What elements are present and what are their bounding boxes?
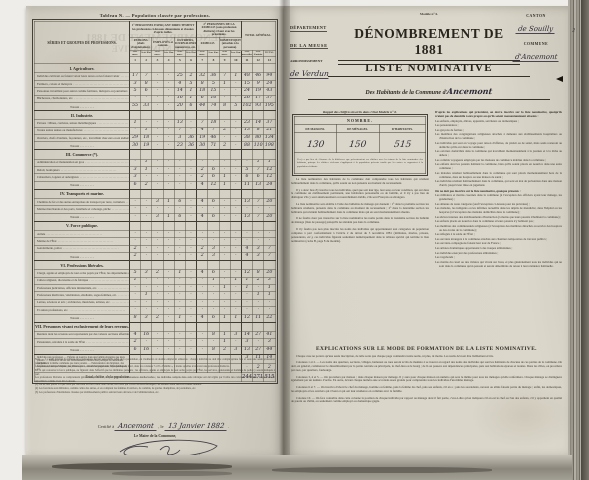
handwritten-value: · [152,245,163,252]
handwritten-value: 7 [253,166,264,173]
empty-cell [230,64,241,73]
empty-cell [219,111,230,120]
handwritten-value: 8 [141,80,152,87]
row-label: Clergé, agents et employés de tout ordre… [35,270,130,277]
include-item: Les individus résidant habituellement da… [435,180,562,188]
empty-cell [130,189,141,198]
handwritten-value: · [241,299,252,306]
handwritten-value: · [152,174,163,181]
certify-date-handwritten: 13 Janvier 1882 [164,422,227,431]
handwritten-value: 80 [253,134,264,141]
handwritten-total: 198 [264,142,275,150]
handwritten-value: 4 [130,331,141,338]
canton-handwritten: de Souilly [516,25,556,34]
handwritten-value: · [230,238,241,245]
handwritten-value: · [208,285,219,292]
empty-cell [219,189,230,198]
handwritten-value: · [141,230,152,237]
empty-cell [152,221,163,230]
empty-cell [230,189,241,198]
handwritten-value: · [163,331,174,338]
exclude-item: Les marins du canal ou des rivières qui … [435,261,562,269]
left-page: DÉNOMBREMENT DE 1881 LISTE NOMINATIVE Ta… [26,6,284,458]
handwritten-total: 19 [141,142,152,150]
handwritten-value: 16 [174,95,185,102]
empty-cell [152,111,163,120]
section-title: I. Agriculture. [35,64,130,73]
handwritten-value: · [230,198,241,205]
handwritten-value: · [174,159,185,166]
handwritten-total: 6 [208,213,219,221]
empty-cell [197,64,208,73]
exclude-list: Les militaires et marins casernés dans l… [435,194,562,268]
canton-label: CANTON [506,14,566,18]
empty-cell [197,150,208,159]
handwritten-value: · [130,299,141,306]
handwritten-total: 2 [141,181,152,189]
empty-cell [130,64,141,73]
handwritten-value: 14 [253,120,264,127]
empty-cell [197,322,208,331]
handwritten-value: 46 [253,73,264,80]
handwritten-total: 23 [174,142,185,150]
handwritten-value: · [253,307,264,314]
row-label: Détail, boutiquiers [35,166,130,173]
include-item: Les ouvriers domiciliés dans la commune … [435,150,562,158]
handwritten-value: · [130,238,141,245]
empty-cell [241,111,252,120]
handwritten-total: · [152,181,163,189]
handwritten-total: 22 [264,314,275,322]
handwritten-value: 1 [264,159,275,166]
handwritten-value: · [185,120,196,127]
empty-cell [208,261,219,270]
handwritten-value: 1 [185,88,196,95]
handwritten-value: · [197,277,208,284]
row-label: Armée [35,230,130,237]
empty-cell [264,261,275,270]
empty-cell [185,322,196,331]
section-title: VII. Personnes vivant exclusivement de l… [35,322,130,331]
row-label: Individus cultivant ou faisant valoir le… [35,73,130,80]
column-number: 3 [152,57,163,64]
handwritten-value: · [185,270,196,277]
group2-header: 2° PERSONNES DE LA FAMILLE (sans profess… [197,22,242,38]
handwritten-total: 6 [130,346,141,354]
handwritten-value: · [197,307,208,314]
handwritten-value: 21 [264,127,275,134]
handwritten-value: 18 [141,134,152,141]
handwritten-value: · [152,277,163,284]
handwritten-total: · [185,181,196,189]
subgroup-header: OUVRIERS, JOURNALIERS, manœuvres, etc. [174,38,196,51]
empty-cell [208,64,219,73]
handwritten-value: 6 [197,95,208,102]
empty-cell [253,189,264,198]
handwritten-value: · [253,230,264,237]
certify-place-handwritten: Ancemont [115,422,158,431]
handwritten-total: 27 [253,346,264,354]
handwritten-value: · [141,120,152,127]
handwritten-value: 1 [230,73,241,80]
handwritten-value: · [163,245,174,252]
handwritten-value: 2 [253,277,264,284]
handwritten-value: · [185,206,196,213]
empty-cell [185,64,196,73]
handwritten-total: 36 [185,142,196,150]
subgroup-header: DOMESTIQUES (attachés à la personne). [219,38,241,51]
empty-cell [141,189,152,198]
handwritten-value: · [130,206,141,213]
handwritten-total: 3 [141,314,152,322]
handwritten-value: · [185,277,196,284]
handwritten-total: 5 [230,103,241,111]
section-title: III. Commerce (*). [35,150,130,159]
handwritten-total: 12 [208,181,219,189]
handwritten-total: 3 [253,253,264,261]
empty-cell [253,221,264,230]
handwritten-total: · [197,346,208,354]
handwritten-value: 7 [264,245,275,252]
handwritten-total: 13 [253,181,264,189]
handwritten-value: 4 [174,80,185,87]
handwritten-total: 102 [241,103,252,111]
handwritten-total: · [230,181,241,189]
handwritten-value: 6 [208,166,219,173]
handwritten-total: · [185,314,196,322]
empty-cell [141,221,152,230]
handwritten-value: · [219,245,230,252]
handwritten-value: 3 [241,339,252,346]
handwritten-value: · [163,80,174,87]
handwritten-value: · [241,206,252,213]
handwritten-value: · [185,292,196,299]
footnotes-block: Nota. — Le total général du tableau des … [35,358,275,394]
handwritten-value: · [219,198,230,205]
empty-cell [241,322,252,331]
empty-cell [141,261,152,270]
include-item: Les enfants dont les parents habitent la… [435,163,562,171]
footnote-line: En ce qui concerne la force publique, ne… [35,369,275,376]
handwritten-value: · [208,307,219,314]
handwritten-value: 24 [241,88,252,95]
handwritten-value: 1 [141,292,152,299]
handwritten-value: · [241,307,252,314]
empty-cell [241,221,252,230]
handwritten-value: · [185,299,196,306]
handwritten-total: 3 [152,213,163,221]
handwritten-value: 14 [241,331,252,338]
empty-cell [208,111,219,120]
handwritten-value: · [230,80,241,87]
handwritten-total: 12 [241,314,252,322]
handwritten-value: · [152,299,163,306]
empty-cell [141,322,152,331]
explanation-paragraph: Colonnes 6 et 7. — On inscrira d'abord l… [291,386,562,394]
handwritten-value: · [253,339,264,346]
handwritten-value: 7 [197,120,208,127]
handwritten-value: 3 [152,198,163,205]
handwritten-total: 30 [197,142,208,150]
right-page: DÉPARTEMENT DE LA MEUSE ARRONDISSEMENT d… [284,6,568,458]
handwritten-value: 20 [264,198,275,205]
handwritten-value: · [208,339,219,346]
handwritten-value: · [163,120,174,127]
handwritten-value: · [219,120,230,127]
handwritten-value: · [163,166,174,173]
handwritten-value: 23 [241,120,252,127]
empty-cell [197,261,208,270]
handwritten-value: 5 [208,80,219,87]
handwritten-value: 6 [208,174,219,181]
handwritten-value: · [174,245,185,252]
instructions-column-right: D'après les explications qui précèdent, … [435,110,562,269]
column-number: 13 [264,57,275,64]
handwritten-total: 7 [264,253,275,261]
handwritten-value: · [174,307,185,314]
handwritten-value: 1 [253,159,264,166]
handwritten-value: · [130,285,141,292]
certification-line: Certifié à Ancemont , le 13 Janvier 1882… [56,422,271,431]
handwritten-value: · [241,238,252,245]
handwritten-value: · [197,292,208,299]
empty-cell [174,64,185,73]
handwritten-value: · [163,127,174,134]
handwritten-total: · [230,213,241,221]
handwritten-value: · [163,95,174,102]
tear-shadow [272,467,492,473]
empty-cell [163,150,174,159]
row-label: Gendarmerie, police [35,245,130,252]
handwritten-value: 19 [197,134,208,141]
handwritten-value: 16 [141,331,152,338]
handwritten-total: 7 [253,213,264,221]
handwritten-total: 3 [230,346,241,354]
handwritten-value: · [230,245,241,252]
handwritten-value: · [174,206,185,213]
handwritten-value: · [163,230,174,237]
handwritten-value: · [219,230,230,237]
empty-cell [253,150,264,159]
handwritten-value: 6 [208,270,219,277]
handwritten-value: 29 [130,134,141,141]
handwritten-value: · [152,285,163,292]
scanned-census-spread: DÉNOMBREMENT DE 1881 LISTE NOMINATIVE Ta… [0,0,589,480]
handwritten-value: · [185,339,196,346]
empty-cell [174,189,185,198]
handwritten-total: 30 [130,142,141,150]
handwritten-value: 3 [174,134,185,141]
instruction-paragraph: Il n'y faudra pas non plus inscrire les … [291,228,429,244]
explanations-paragraphs: Chaque case ne portera qu'une seule insc… [291,355,562,405]
handwritten-value: 3 [130,174,141,181]
row-label: Cabaretiers, logeurs et aubergistes [35,174,130,181]
empty-cell [185,221,196,230]
handwritten-value: · [208,230,219,237]
handwritten-value: · [230,292,241,299]
row-label: Bûcherons, charbonniers, etc. [35,95,130,102]
subgroup-header: EMPLOYÉS et commis. [152,38,174,51]
handwritten-value: 1 [141,127,152,134]
empty-cell [152,150,163,159]
handwritten-value: 4 [197,198,208,205]
column-number: 2 [141,57,152,64]
empty-cell [230,261,241,270]
handwritten-value: · [208,159,219,166]
handwritten-value: 1 [163,198,174,205]
handwritten-total: 74 [208,103,219,111]
handwritten-value: 9 [253,80,264,87]
handwritten-total: · [185,213,196,221]
empty-cell [130,261,141,270]
handwritten-value: · [163,277,174,284]
explanations-section: EXPLICATIONS SUR LE MODE DE FORMATION DE… [291,346,562,407]
handwritten-total: 4 [197,213,208,221]
handwritten-total: · [152,253,163,261]
empty-cell [141,64,152,73]
total-sub-header: Sexe féminin. [253,51,264,57]
handwritten-value: 1 [185,95,196,102]
column-number: 4 [163,57,174,64]
handwritten-value: · [130,198,141,205]
instruction-paragraph: Il ne faudra donc pas transcrire sur la … [291,217,429,225]
handwritten-value: · [174,299,185,306]
empty-cell [197,221,208,230]
handwritten-value: · [241,159,252,166]
handwritten-value: 13 [241,127,252,134]
empty-cell [163,221,174,230]
handwritten-value: 19 [253,88,264,95]
nombre-note: Il n'y a pas lieu de s'étonner de la dif… [295,153,426,174]
handwritten-total: 13 [241,213,252,221]
handwritten-value: · [230,307,241,314]
handwritten-value: 2 [197,166,208,173]
handwritten-value: · [219,299,230,306]
handwritten-value: 3 [264,339,275,346]
empty-cell [130,111,141,120]
handwritten-value: 17 [130,73,141,80]
handwritten-value: 1 [141,166,152,173]
nombre-value-menages: 150 [336,133,379,153]
handwritten-value: 1 [219,174,230,181]
empty-cell [197,111,208,120]
subtitle-prefix: Des Habitants de la Commune d' [365,90,447,96]
handwritten-total: · [230,142,241,150]
row-label: Professions médicales, vétérinaires, étu… [35,292,130,299]
handwritten-value: · [130,95,141,102]
empty-cell [185,111,196,120]
empty-cell [130,221,141,230]
handwritten-total: 4 [197,181,208,189]
tear-shadow [112,471,232,476]
handwritten-value: · [264,238,275,245]
instructions-column-left: Rappel des chiffres inscrits dans l'état… [291,110,429,246]
empty-cell [219,261,230,270]
handwritten-value: 16 [208,95,219,102]
handwritten-value: 18 [197,88,208,95]
subgroup-header: PATRONS (chefs d'exploitation). [130,38,152,51]
empty-cell [264,150,275,159]
handwritten-value: · [152,339,163,346]
handwritten-value: 1 [264,285,275,292]
handwritten-value: 5 [130,270,141,277]
column-number: 12 [253,57,264,64]
handwritten-value: · [141,238,152,245]
handwritten-value: · [219,88,230,95]
handwritten-value: · [152,307,163,314]
handwritten-value: 6 [141,88,152,95]
handwritten-value: 15 [241,80,252,87]
handwritten-total: · [230,253,241,261]
handwritten-value: · [197,299,208,306]
empty-cell [163,111,174,120]
handwritten-value: · [264,307,275,314]
handwritten-value: · [141,307,152,314]
nombre-col-menages: DE MÉNAGES. [336,125,379,133]
handwritten-value: 2 [197,174,208,181]
handwritten-total: · [141,213,152,221]
handwritten-value: 6 [253,174,264,181]
handwritten-total: 1 [163,213,174,221]
empty-cell [230,150,241,159]
handwritten-value: · [185,285,196,292]
handwritten-value: 20 [264,270,275,277]
handwritten-total: 93 [253,103,264,111]
handwritten-value: 7 [141,73,152,80]
handwritten-total: · [130,213,141,221]
ink-mark-triangle [556,76,563,82]
handwritten-value: 2 [185,73,196,80]
handwritten-total: 3 [208,253,219,261]
handwritten-value: · [152,134,163,141]
handwritten-value: · [152,230,163,237]
handwritten-value: · [163,292,174,299]
handwritten-total: 24 [264,181,275,189]
empty-cell [241,150,252,159]
handwritten-total: · [163,346,174,354]
empty-cell [264,64,275,73]
right-page-header: DÉPARTEMENT DE LA MEUSE ARRONDISSEMENT d… [288,10,564,110]
row-label: Personnes travaillant pour autrui comme … [35,88,130,95]
handwritten-value: · [185,166,196,173]
handwritten-value: · [152,127,163,134]
handwritten-value: · [174,166,185,173]
handwritten-value: 38 [241,134,252,141]
handwritten-value: · [185,127,196,134]
handwritten-value: 1 [219,331,230,338]
handwritten-value: · [152,166,163,173]
handwritten-value: 1 [174,270,185,277]
handwritten-total: 13 [241,346,252,354]
handwritten-value: · [163,174,174,181]
handwritten-total: 2 [219,346,230,354]
empty-cell [130,322,141,331]
handwritten-value: · [197,331,208,338]
handwritten-total: · [174,253,185,261]
handwritten-value: 5 [130,88,141,95]
handwritten-value: 14 [174,88,185,95]
explanation-paragraph: Colonne 10. — On fera connaître dans cet… [291,397,562,405]
empty-cell [141,150,152,159]
handwritten-value: · [253,238,264,245]
column-number: 1 [130,57,141,64]
row-label: Rentiers dont les revenus sont représent… [35,331,130,338]
handwritten-total: 20 [174,103,185,111]
footnote-line: Les professions libérales se comprennent… [35,376,275,383]
handwritten-value: · [141,299,152,306]
handwritten-value: · [174,174,185,181]
handwritten-value: 1 [130,120,141,127]
